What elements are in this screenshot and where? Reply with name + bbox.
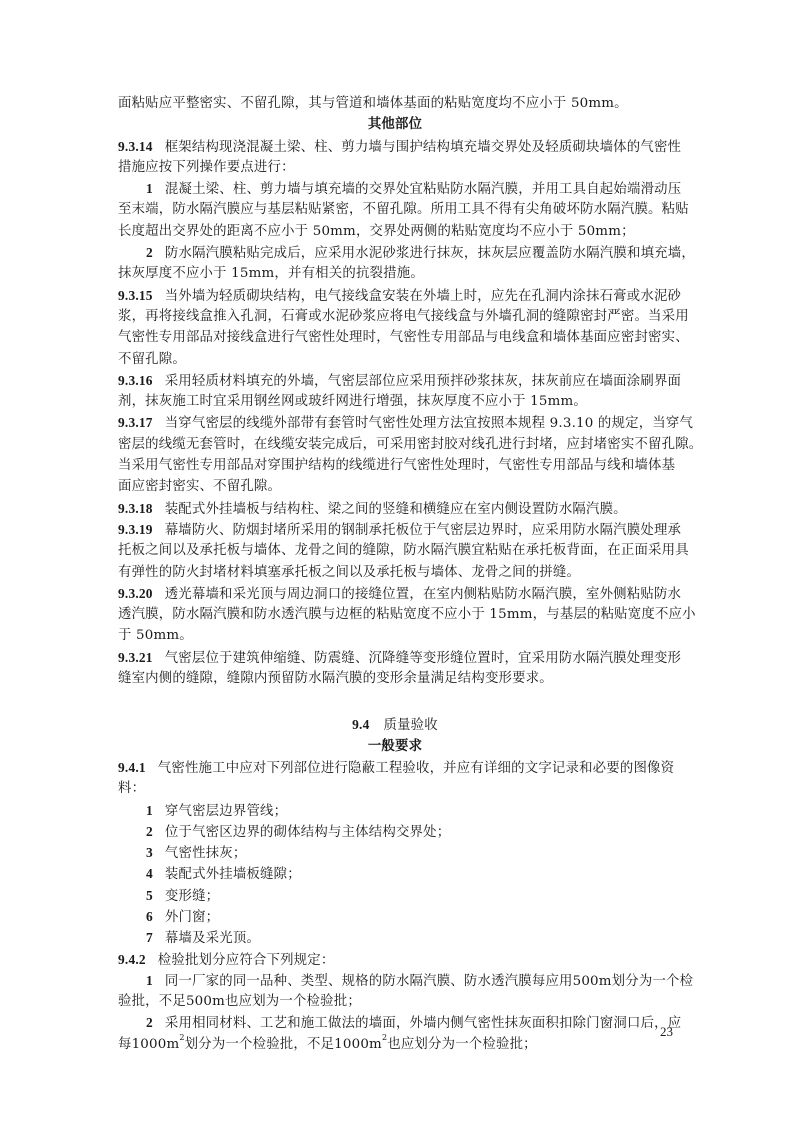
clause-number: 9.3.18 bbox=[118, 501, 153, 516]
clause-9-3-14: 9.3.14框架结构现浇混凝土梁、柱、剪力墙与围护结构填充墙交界处及轻质砌块墙体… bbox=[118, 136, 672, 157]
clause-number: 9.4.2 bbox=[118, 952, 146, 967]
clause-9-4-2: 9.4.2检验批划分应符合下列规定： bbox=[118, 949, 672, 970]
list-item: 4装配式外挂墙板缝隙； bbox=[118, 863, 672, 884]
paragraph-line: 每1000m2划分为一个检验批，不足1000m2也应划分为一个检验批； bbox=[118, 1034, 672, 1055]
subheading-general-requirements: 一般要求 bbox=[118, 736, 672, 757]
paragraph-line: 于 50mm。 bbox=[118, 625, 672, 646]
clause-number: 9.3.14 bbox=[118, 139, 153, 154]
paragraph-line: 至末端，防水隔汽膜应与基层粘贴紧密，不留孔隙。所用工具不得有尖角破坏防水隔汽膜。… bbox=[118, 199, 672, 220]
section-number: 9.4 bbox=[352, 717, 369, 732]
item-number: 1 bbox=[146, 803, 153, 818]
clause-9-3-18: 9.3.18装配式外挂墙板与结构柱、梁之间的竖缝和横缝应在室内侧设置防水隔汽膜。 bbox=[118, 498, 672, 519]
paragraph-line: 长度超出交界处的距离不应小于 50mm，交界处两侧的粘贴宽度均不应小于 50mm… bbox=[118, 221, 672, 242]
item-text: 装配式外挂墙板缝隙； bbox=[165, 867, 301, 882]
clause-9-3-19: 9.3.19幕墙防火、防烟封堵所采用的钢制承托板位于气密层边界时，应采用防水隔汽… bbox=[118, 519, 672, 540]
section-title: 质量验收 bbox=[383, 718, 437, 733]
paragraph-line: 措施应按下列操作要点进行： bbox=[118, 157, 672, 178]
item-text: 混凝土梁、柱、剪力墙与填充墙的交界处宜粘贴防水隔汽膜，并用工具自起始端滑动压 bbox=[165, 182, 681, 197]
clause-9-3-20: 9.3.20透光幕墙和采光顶与周边洞口的接缝位置，在室内侧粘贴防水隔汽膜，室外侧… bbox=[118, 583, 672, 604]
clause-text: 幕墙防火、防烟封堵所采用的钢制承托板位于气密层边界时，应采用防水隔汽膜处理承 bbox=[165, 523, 681, 538]
item-text: 变形缝； bbox=[165, 889, 219, 904]
item-text: 同一厂家的同一品种、类型、规格的防水隔汽膜、防水透汽膜每应用500m划分为一个检 bbox=[165, 974, 693, 989]
section-gap bbox=[118, 705, 672, 714]
clause-9-3-17: 9.3.17当穿气密层的线缆外部带有套管时气密性处理方法宜按照本规程 9.3.1… bbox=[118, 412, 672, 433]
item-text: 穿气密层边界管线； bbox=[165, 804, 287, 819]
clause-text: 当外墙为轻质砌块结构，电气接线盒安装在外墙上时，应先在孔洞内涂抹石膏或水泥砂 bbox=[165, 289, 681, 304]
item-number: 4 bbox=[146, 866, 153, 881]
item-number: 2 bbox=[146, 245, 153, 260]
item-text: 气密性抹灰； bbox=[165, 846, 247, 861]
clause-9-4-1: 9.4.1气密性施工中应对下列部位进行隐蔽工程验收，并应有详细的文字记录和必要的… bbox=[118, 757, 672, 778]
clause-text: 气密层位于建筑伸缩缝、防震缝、沉降缝等变形缝位置时，宜采用防水隔汽膜处理变形 bbox=[165, 651, 681, 666]
paragraph-line: 当采用气密性专用部品对穿围护结构的线缆进行气密性处理时，气密性专用部品与线和墙体… bbox=[118, 455, 672, 476]
item-text: 位于气密区边界的砌体结构与主体结构交界处； bbox=[165, 825, 450, 840]
paragraph-line: 有弹性的防火封堵材料填塞承托板之间以及承托板与墙体、龙骨之间的拼缝。 bbox=[118, 562, 672, 583]
list-item: 1穿气密层边界管线； bbox=[118, 800, 672, 821]
paragraph-line: 剂，抹灰施工时宜采用钢丝网或玻纤网进行增强，抹灰厚度不应小于 15mm。 bbox=[118, 391, 672, 412]
clause-number: 9.3.20 bbox=[118, 586, 153, 601]
section-heading-9-4: 9.4质量验收 bbox=[118, 714, 672, 735]
paragraph-line: 面应密封密实、不留孔隙。 bbox=[118, 476, 672, 497]
paragraph-line: 浆，再将接线盒推入孔洞，石膏或水泥砂浆应将电气接线盒与外墙孔洞的缝隙密封严密。当… bbox=[118, 306, 672, 327]
clause-text: 透光幕墙和采光顶与周边洞口的接缝位置，在室内侧粘贴防水隔汽膜，室外侧粘贴防水 bbox=[165, 587, 681, 602]
document-page: 面粘贴应平整密实、不留孔隙，其与管道和墙体基面的粘贴宽度均不应小于 50mm。 … bbox=[118, 93, 672, 1055]
paragraph-line: 料： bbox=[118, 778, 672, 799]
paragraph-line: 验批，不足500m也应划为一个检验批； bbox=[118, 991, 672, 1012]
list-item: 3气密性抹灰； bbox=[118, 842, 672, 863]
paragraph-line: 密层的线缆无套管时，在线缆安装完成后，可采用密封胶对线孔进行封堵，应封堵密实不留… bbox=[118, 434, 672, 455]
paragraph-line: 缝室内侧的缝隙，缝隙内预留防水隔汽膜的变形余量满足结构变形要求。 bbox=[118, 668, 672, 689]
list-item: 1同一厂家的同一品种、类型、规格的防水隔汽膜、防水透汽膜每应用500m划分为一个… bbox=[118, 970, 672, 991]
paragraph-line: 面粘贴应平整密实、不留孔隙，其与管道和墙体基面的粘贴宽度均不应小于 50mm。 bbox=[118, 93, 672, 114]
paragraph-line: 抹灰厚度不应小于 15mm，并有相关的抗裂措施。 bbox=[118, 263, 672, 284]
clause-number: 9.3.17 bbox=[118, 415, 153, 430]
list-item: 6外门窗； bbox=[118, 906, 672, 927]
clause-number: 9.3.19 bbox=[118, 522, 153, 537]
list-item: 7幕墙及采光顶。 bbox=[118, 927, 672, 948]
paragraph-line: 气密性专用部品对接线盒进行气密性处理时，气密性专用部品与电线盒和墙体基面应密封密… bbox=[118, 327, 672, 348]
list-item: 1混凝土梁、柱、剪力墙与填充墙的交界处宜粘贴防水隔汽膜，并用工具自起始端滑动压 bbox=[118, 178, 672, 199]
item-number: 2 bbox=[146, 1015, 153, 1030]
clause-number: 9.4.1 bbox=[118, 760, 146, 775]
item-number: 3 bbox=[146, 845, 153, 860]
item-text: 幕墙及采光顶。 bbox=[165, 931, 260, 946]
clause-9-3-16: 9.3.16采用轻质材料填充的外墙，气密层部位应采用预拌砂浆抹灰，抹灰前应在墙面… bbox=[118, 370, 672, 391]
item-text: 防水隔汽膜粘贴完成后，应采用水泥砂浆进行抹灰，抹灰层应覆盖防水隔汽膜和填充墙， bbox=[165, 246, 695, 261]
list-item: 2采用相同材料、工艺和施工做法的墙面，外墙内侧气密性抹灰面积扣除门窗洞口后，应 bbox=[118, 1012, 672, 1033]
paragraph-line: 托板之间以及承托板与墙体、龙骨之间的缝隙，防水隔汽膜宜粘贴在承托板背面，在正面采… bbox=[118, 540, 672, 561]
clause-text: 当穿气密层的线缆外部带有套管时气密性处理方法宜按照本规程 9.3.10 的规定，… bbox=[165, 416, 693, 431]
section-gap bbox=[118, 689, 672, 705]
clause-number: 9.3.16 bbox=[118, 373, 153, 388]
paragraph-line: 透汽膜，防水隔汽膜和防水透汽膜与边框的粘贴宽度不应小于 15mm，与基层的粘贴宽… bbox=[118, 604, 672, 625]
item-number: 1 bbox=[146, 973, 153, 988]
clause-number: 9.3.15 bbox=[118, 288, 153, 303]
page-number: 23 bbox=[660, 1024, 673, 1040]
list-item: 2位于气密区边界的砌体结构与主体结构交界处； bbox=[118, 821, 672, 842]
item-text: 外门窗； bbox=[165, 910, 219, 925]
list-item: 5变形缝； bbox=[118, 885, 672, 906]
item-text: 采用相同材料、工艺和施工做法的墙面，外墙内侧气密性抹灰面积扣除门窗洞口后，应 bbox=[165, 1016, 681, 1031]
item-number: 5 bbox=[146, 888, 153, 903]
clause-text: 框架结构现浇混凝土梁、柱、剪力墙与围护结构填充墙交界处及轻质砌块墙体的气密性 bbox=[165, 140, 681, 155]
item-number: 7 bbox=[146, 930, 153, 945]
clause-text: 装配式外挂墙板与结构柱、梁之间的竖缝和横缝应在室内侧设置防水隔汽膜。 bbox=[165, 502, 627, 517]
clause-9-3-15: 9.3.15当外墙为轻质砌块结构，电气接线盒安装在外墙上时，应先在孔洞内涂抹石膏… bbox=[118, 285, 672, 306]
clause-number: 9.3.21 bbox=[118, 650, 153, 665]
item-number: 6 bbox=[146, 909, 153, 924]
clause-text: 气密性施工中应对下列部位进行隐蔽工程验收，并应有详细的文字记录和必要的图像资 bbox=[158, 761, 674, 776]
clause-9-3-21: 9.3.21气密层位于建筑伸缩缝、防震缝、沉降缝等变形缝位置时，宜采用防水隔汽膜… bbox=[118, 647, 672, 668]
list-item: 2防水隔汽膜粘贴完成后，应采用水泥砂浆进行抹灰，抹灰层应覆盖防水隔汽膜和填充墙， bbox=[118, 242, 672, 263]
text-run: 划分为一个检验批，不足1000m bbox=[185, 1037, 382, 1052]
text-run: 也应划分为一个检验批； bbox=[387, 1037, 537, 1052]
clause-text: 检验批划分应符合下列规定： bbox=[158, 953, 335, 968]
subheading-other-parts: 其他部位 bbox=[118, 114, 672, 135]
item-number: 2 bbox=[146, 824, 153, 839]
text-run: 每1000m bbox=[118, 1037, 179, 1052]
item-number: 1 bbox=[146, 181, 153, 196]
paragraph-line: 不留孔隙。 bbox=[118, 349, 672, 370]
clause-text: 采用轻质材料填充的外墙，气密层部位应采用预拌砂浆抹灰，抹灰前应在墙面涂刷界面 bbox=[165, 374, 681, 389]
